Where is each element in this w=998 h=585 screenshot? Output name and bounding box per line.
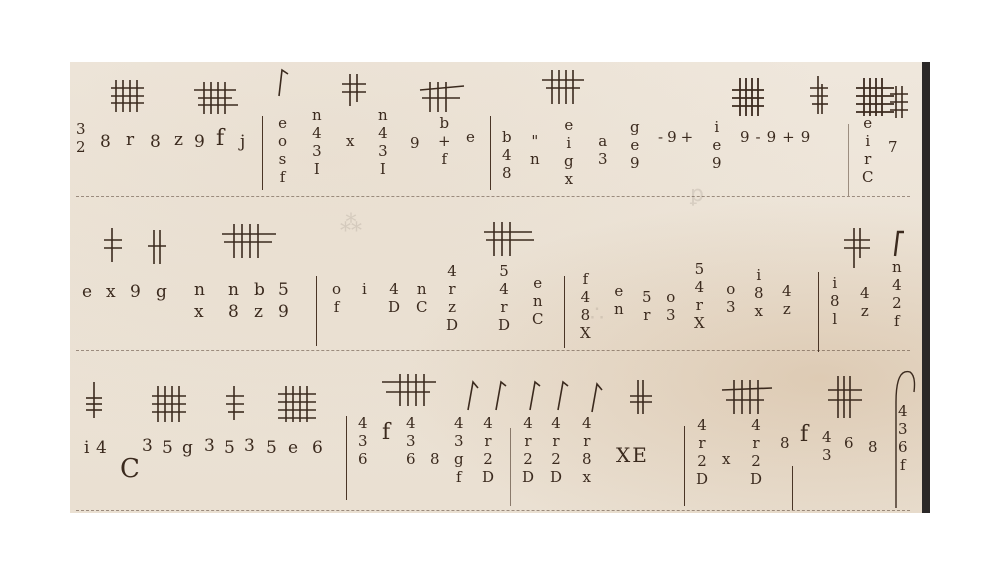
tab-char: 8 bbox=[150, 134, 161, 151]
tab-column: n 4 2 f bbox=[892, 258, 902, 330]
tab-char: 6 bbox=[312, 440, 323, 457]
tab-column: 5 r bbox=[642, 288, 652, 324]
rhythm-flag-icon bbox=[720, 378, 776, 418]
tab-column: i e 9 bbox=[712, 118, 722, 172]
tab-column: 4 r z D bbox=[446, 262, 458, 334]
tab-column: n C bbox=[416, 280, 427, 316]
tab-char: 5 bbox=[278, 282, 289, 299]
tab-char: 8 bbox=[228, 304, 239, 321]
ruling-line-2 bbox=[76, 350, 910, 351]
tab-column: b + f bbox=[438, 114, 451, 168]
rhythm-flag-icon bbox=[146, 228, 168, 266]
rhythm-flag-icon bbox=[892, 228, 906, 258]
tab-column: 4 D bbox=[388, 280, 400, 316]
tab-column: f bbox=[382, 424, 390, 442]
tab-char: 3 bbox=[76, 120, 86, 138]
tab-column: e i r C bbox=[862, 114, 873, 186]
tab-char: n bbox=[228, 282, 239, 299]
tab-char: 2 bbox=[76, 138, 86, 156]
tab-char: r bbox=[126, 132, 134, 149]
rhythm-flag-icon bbox=[466, 378, 480, 412]
tab-char: n bbox=[194, 282, 205, 299]
tab-column: i 8 l bbox=[830, 274, 840, 328]
tab-column: 4 z bbox=[860, 284, 870, 320]
binding-edge bbox=[922, 62, 930, 513]
tab-column: 4 3 g f bbox=[454, 414, 464, 486]
ruling-line-3 bbox=[76, 510, 910, 511]
bar-line bbox=[684, 426, 685, 506]
tab-column: 4 r 2 D bbox=[750, 416, 762, 488]
tab-column: 8 bbox=[430, 450, 440, 468]
rhythm-flag-icon bbox=[220, 222, 280, 260]
tab-char: z bbox=[254, 304, 263, 321]
bar-line bbox=[490, 116, 491, 190]
tab-column: 4 r 2 D bbox=[550, 414, 562, 486]
bar-line bbox=[316, 276, 317, 346]
tab-column: 9 bbox=[410, 134, 420, 152]
rhythm-flag-icon bbox=[150, 384, 190, 424]
tab-char: f bbox=[216, 128, 224, 150]
tab-column: 9 - 9 + 9 bbox=[740, 128, 810, 146]
rhythm-flag-icon bbox=[808, 74, 830, 116]
tab-column: o 3 bbox=[666, 288, 676, 324]
tab-column: - 9 + bbox=[658, 128, 693, 146]
tab-column: 4 3 6 bbox=[406, 414, 416, 468]
tab-char: 4 bbox=[96, 440, 107, 457]
tab-char: g bbox=[156, 284, 167, 301]
tab-column: 4 z bbox=[782, 282, 792, 318]
rhythm-flag-icon bbox=[276, 66, 292, 98]
rhythm-flag-icon bbox=[102, 226, 124, 264]
tab-column: 7 bbox=[888, 138, 898, 156]
rhythm-flag-icon bbox=[110, 76, 150, 116]
tab-column: 5 4 r X bbox=[694, 260, 705, 332]
tab-column: e bbox=[466, 128, 475, 146]
rhythm-flag-icon bbox=[380, 372, 440, 408]
tab-char: x bbox=[194, 304, 204, 321]
tab-column: 4 r 2 D bbox=[482, 414, 494, 486]
tab-column: 4 3 6 f bbox=[898, 402, 908, 474]
tab-column: o f bbox=[332, 280, 341, 316]
tab-column: i 8 x bbox=[754, 266, 764, 320]
rhythm-flag-icon bbox=[494, 378, 508, 412]
rhythm-flag-icon bbox=[340, 72, 370, 108]
tab-char: 8 bbox=[100, 134, 111, 151]
tab-column: X E bbox=[616, 446, 647, 464]
rhythm-flag-icon bbox=[528, 378, 542, 412]
tab-char: i bbox=[84, 440, 89, 457]
tab-column: 3 2 bbox=[76, 120, 86, 156]
tab-column: e i g x bbox=[564, 116, 574, 188]
tab-char: 3 bbox=[204, 438, 215, 455]
tab-column: b 4 8 bbox=[502, 128, 512, 182]
tab-char: 3 bbox=[244, 438, 255, 455]
tab-column: g e 9 bbox=[630, 118, 640, 172]
tab-column: 8 bbox=[780, 434, 790, 452]
tab-column: e o s f bbox=[278, 114, 287, 186]
bar-line bbox=[346, 416, 347, 500]
tab-char: 5 bbox=[266, 440, 277, 457]
tab-column: f 4 8 X bbox=[580, 270, 591, 342]
tab-column: x bbox=[722, 450, 730, 468]
tab-char: e bbox=[288, 440, 298, 457]
tab-column: x bbox=[346, 132, 354, 150]
tab-column: n 4 3 I bbox=[378, 106, 388, 178]
bar-line bbox=[564, 276, 565, 348]
tab-char: 9 bbox=[194, 134, 205, 151]
tab-column: 6 bbox=[844, 434, 854, 452]
rhythm-flag-icon bbox=[842, 226, 872, 270]
tab-char: 5 bbox=[224, 440, 235, 457]
rhythm-flag-icon bbox=[418, 78, 468, 114]
rhythm-flag-icon bbox=[224, 384, 246, 424]
tab-column: 4 r 2 D bbox=[696, 416, 708, 488]
tab-char: 3 bbox=[142, 438, 153, 455]
tab-column: i bbox=[362, 280, 367, 298]
tab-column: e n C bbox=[532, 274, 543, 328]
rhythm-flag-icon bbox=[84, 380, 104, 420]
bar-line bbox=[792, 466, 793, 510]
tab-char: z bbox=[174, 132, 183, 149]
tab-char: 9 bbox=[278, 304, 289, 321]
bar-line bbox=[848, 124, 849, 196]
tab-column: 4 3 bbox=[822, 428, 832, 464]
rhythm-flag-icon bbox=[540, 68, 588, 108]
rhythm-flag-icon bbox=[556, 378, 570, 412]
manuscript-page: ⁂ ∴ ꝑ bbox=[70, 62, 922, 513]
tab-column: e n bbox=[614, 282, 624, 318]
tab-column: 5 4 r D bbox=[498, 262, 510, 334]
rhythm-flag-icon bbox=[590, 380, 604, 414]
rhythm-flag-icon bbox=[888, 84, 910, 120]
tab-column: n 4 3 I bbox=[312, 106, 322, 178]
tab-column: a 3 bbox=[598, 132, 608, 168]
rhythm-flag-icon bbox=[730, 76, 766, 120]
rhythm-flag-icon bbox=[482, 220, 536, 258]
tab-column: o 3 bbox=[726, 280, 736, 316]
rhythm-flag-icon bbox=[628, 378, 654, 418]
tab-char: g bbox=[182, 440, 193, 457]
ruling-line-1 bbox=[76, 196, 910, 197]
bar-line bbox=[510, 428, 511, 506]
tab-char: C bbox=[120, 456, 140, 482]
tab-column: 4 3 6 bbox=[358, 414, 368, 468]
tab-char: x bbox=[106, 284, 116, 301]
tab-char: e bbox=[82, 284, 92, 301]
tab-column: f bbox=[800, 426, 808, 444]
tab-char: 5 bbox=[162, 440, 173, 457]
bar-line bbox=[818, 272, 819, 352]
tab-char: b bbox=[254, 282, 265, 299]
bar-line bbox=[262, 116, 263, 190]
rhythm-flag-icon bbox=[826, 372, 866, 422]
rhythm-flag-icon bbox=[192, 78, 240, 118]
tab-column: " n bbox=[530, 132, 540, 168]
tab-column: 4 r 8 x bbox=[582, 414, 592, 486]
tab-column: 8 bbox=[868, 438, 878, 456]
tab-column: 4 r 2 D bbox=[522, 414, 534, 486]
rhythm-flag-icon bbox=[276, 384, 320, 424]
tab-char: j bbox=[240, 134, 245, 151]
tab-char: 9 bbox=[130, 284, 141, 301]
